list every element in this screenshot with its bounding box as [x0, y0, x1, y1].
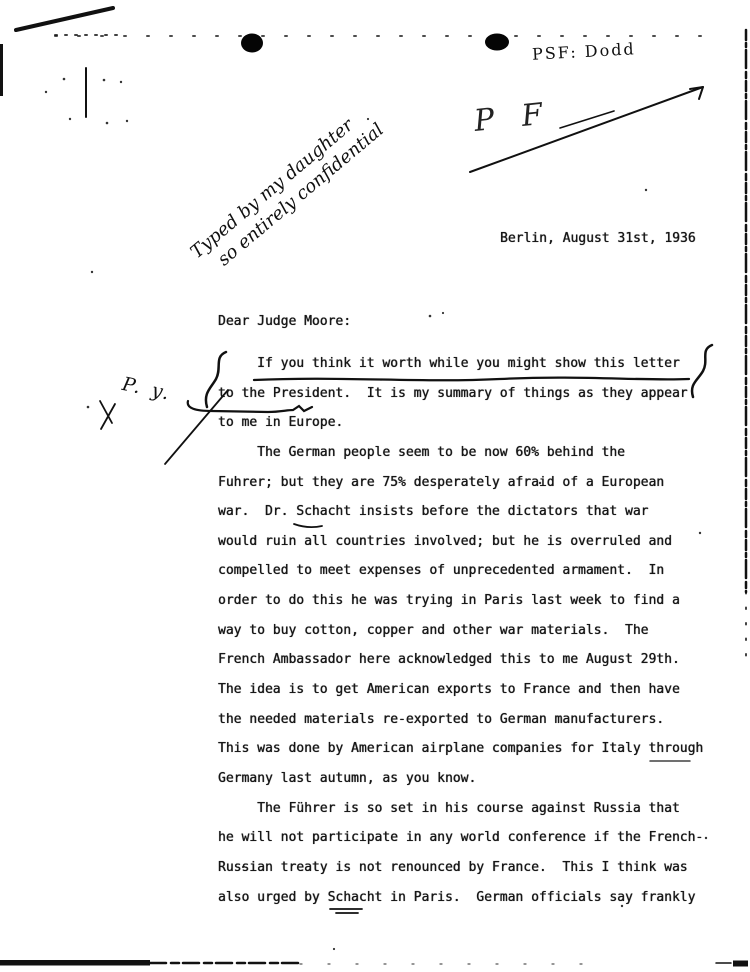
letter-line: compelled to meet expenses of unpreceden…: [218, 556, 723, 586]
pencil-scrawl: P F: [472, 96, 553, 139]
bottom-bar-solid: [0, 960, 150, 966]
letter-line: order to do this he was trying in Paris …: [218, 586, 723, 616]
letter-line: to the President. It is my summary of th…: [218, 379, 723, 409]
letter-body: If you think it worth while you might sh…: [218, 349, 723, 912]
letter-line: The idea is to get American exports to F…: [218, 675, 723, 705]
confidential-note-line1: Typed by my daughter: [186, 101, 374, 264]
letter-line: If you think it worth while you might sh…: [218, 349, 723, 379]
letter-line: Germany last autumn, as you know.: [218, 764, 723, 794]
letter-line: The Führer is so set in his course again…: [218, 794, 723, 824]
hole-punch-right: [485, 34, 509, 51]
letter-line: French Ambassador here acknowledged this…: [218, 645, 723, 675]
top-left-pen-stroke: [16, 8, 113, 30]
letter-line: to me in Europe.: [218, 408, 723, 438]
letter-line: the needed materials re-exported to Germ…: [218, 705, 723, 735]
confidential-note-line2: so entirely confidential: [201, 119, 389, 282]
letter-line: also urged by Schacht in Paris. German o…: [218, 883, 723, 913]
letter-line: Russian treaty is not renounced by Franc…: [218, 853, 723, 883]
letter-line: would ruin all countries involved; but h…: [218, 527, 723, 557]
letter-line: way to buy cotton, copper and other war …: [218, 616, 723, 646]
letter-line: war. Dr. Schacht insists before the dict…: [218, 497, 723, 527]
letter-line: he will not participate in any world con…: [218, 823, 723, 853]
pencil-arrow-head: [690, 87, 703, 99]
letter-line: This was done by American airplane compa…: [218, 734, 723, 764]
file-annotation: PSF: Dodd: [532, 39, 637, 63]
salutation: Dear Judge Moore:: [218, 314, 351, 329]
bottom-right-mark: [733, 961, 748, 967]
left-edge-strip: [0, 44, 3, 96]
letter-line: The German people seem to be now 60% beh…: [218, 438, 723, 468]
scanned-letter-page: Berlin, August 31st, 1936 Dear Judge Moo…: [0, 0, 750, 972]
confidential-note: Typed by my daughter so entirely confide…: [186, 101, 388, 281]
letter-line: Fuhrer; but they are 75% desperately afr…: [218, 468, 723, 498]
dateline: Berlin, August 31st, 1936: [500, 231, 696, 246]
pencil-crossbar: [560, 111, 614, 128]
margin-initials: P. y.: [120, 373, 174, 405]
hole-punch-left: [241, 34, 263, 53]
margin-check-mark: [100, 401, 115, 429]
